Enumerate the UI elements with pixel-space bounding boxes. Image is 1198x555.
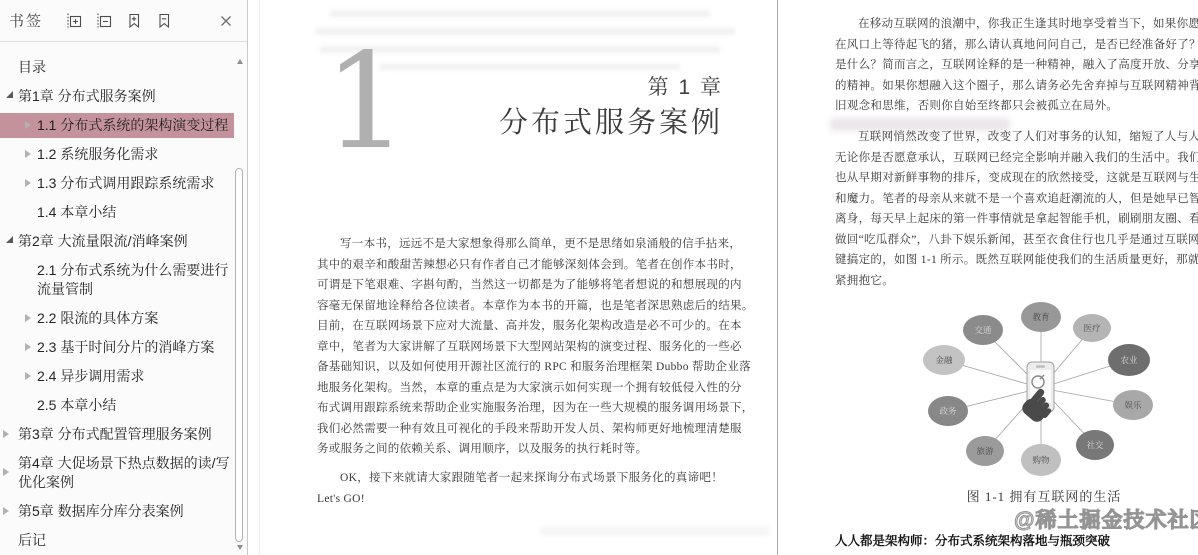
bookmarks-panel: 书签 <box>0 0 248 555</box>
table-of-contents: 目录 第1章 分布式服务案例 1.1 分布式系统的架构演变过程 1.2 系统服务… <box>0 42 234 555</box>
tree-expanded-icon[interactable] <box>6 236 13 243</box>
close-panel-icon[interactable] <box>215 10 237 32</box>
toc-item-2-1[interactable]: 2.1 分布式系统为什么需要进行流量管制 <box>0 258 234 302</box>
svg-text:医疗: 医疗 <box>1083 323 1101 333</box>
collapse-all-icon[interactable] <box>93 10 115 32</box>
toc-item-ch5[interactable]: 第5章 数据库分库分表案例 <box>0 499 234 524</box>
add-bookmark-icon[interactable] <box>123 10 145 32</box>
toc-item-ch4[interactable]: 第4章 大促场景下热点数据的读/写优化案例 <box>0 451 234 495</box>
sidebar-scrollbar[interactable] <box>234 42 247 555</box>
toc-item-houji[interactable]: 后记 <box>0 528 234 553</box>
toc-item-2-2[interactable]: 2.2 限流的具体方案 <box>0 306 234 331</box>
book-page-right: 在移动互联网的浪潮中，你我正生逢其时地享受着当下，如果你愿意做 在风口上等待起飞… <box>778 0 1198 555</box>
toc-item-1-4[interactable]: 1.4 本章小结 <box>0 200 234 225</box>
book-page-left: 1 第 1 章 分布式服务案例 写一本书，远远不是大家想象得那么简单，更不是思绪… <box>259 0 778 555</box>
toolbar-icon-group <box>63 10 175 32</box>
svg-text:金融: 金融 <box>935 355 953 365</box>
svg-text:政务: 政务 <box>939 406 957 416</box>
right-page-paragraph-2: 互联网悄然改变了世界，改变了人们对事务的认知，缩短了人与人之间 无论你是否愿意承… <box>835 127 1198 291</box>
book-footer-title: 人人都是架构师：分布式系统架构落地与瓶颈突破 <box>835 531 1110 549</box>
bookmarks-toolbar: 书签 <box>0 0 247 42</box>
svg-text:旅游: 旅游 <box>976 446 994 456</box>
expand-all-icon[interactable] <box>63 10 85 32</box>
tree-collapsed-icon[interactable] <box>25 343 31 351</box>
print-bleed-ghost <box>330 10 710 17</box>
print-bleed-ghost <box>380 64 680 70</box>
tree-collapsed-icon[interactable] <box>25 150 31 158</box>
toc-item-1-2[interactable]: 1.2 系统服务化需求 <box>0 142 234 167</box>
left-page-paragraph-1: 写一本书，远远不是大家想象得那么简单，更不是思绪如泉涌般的信手拈来， 其中的艰辛… <box>317 234 724 460</box>
toc-item-2-5[interactable]: 2.5 本章小结 <box>0 393 234 418</box>
left-page-paragraph-2: OK，接下来就请大家跟随笔者一起来探询分布式场景下服务化的真谛吧！ Let's … <box>317 468 724 509</box>
tree-expanded-icon[interactable] <box>6 91 13 98</box>
right-page-paragraph-1: 在移动互联网的浪潮中，你我正生逢其时地享受着当下，如果你愿意做 在风口上等待起飞… <box>835 14 1198 117</box>
panel-title: 书签 <box>9 10 43 31</box>
toc-item-1-3[interactable]: 1.3 分布式调用跟踪系统需求 <box>0 171 234 196</box>
chapter-label: 第 1 章 <box>260 71 723 101</box>
remove-bookmark-icon[interactable] <box>153 10 175 32</box>
toc-item-2-4[interactable]: 2.4 异步调用需求 <box>0 364 234 389</box>
toc-item-ch2[interactable]: 第2章 大流量限流/消峰案例 <box>0 229 234 254</box>
tree-collapsed-icon[interactable] <box>3 430 9 438</box>
toc-item-1-1[interactable]: 1.1 分布式系统的架构演变过程 <box>0 113 234 138</box>
tree-collapsed-icon[interactable] <box>25 314 31 322</box>
tree-collapsed-icon[interactable] <box>3 468 9 476</box>
svg-text:购物: 购物 <box>1032 455 1050 465</box>
svg-text:教育: 教育 <box>1032 312 1049 322</box>
svg-text:社交: 社交 <box>1086 440 1104 450</box>
watermark-text: @稀土掘金技术社区 <box>1014 504 1198 534</box>
figure-1-1-diagram: 教育 交通 医疗 金融 农业 政务 娱乐 旅游 社交 <box>890 296 1198 496</box>
toc-item-ch3[interactable]: 第3章 分布式配置管理服务案例 <box>0 422 234 447</box>
toc-item-2-3[interactable]: 2.3 基于时间分片的消峰方案 <box>0 335 234 360</box>
chapter-title: 分布式服务案例 <box>260 100 723 141</box>
scrollbar-thumb[interactable] <box>235 168 243 542</box>
toc-item-mulu[interactable]: 目录 <box>0 55 234 80</box>
svg-text:娱乐: 娱乐 <box>1124 400 1142 410</box>
tree-collapsed-icon[interactable] <box>25 179 31 187</box>
print-bleed-ghost <box>540 526 770 536</box>
scroll-up-icon[interactable] <box>237 59 243 64</box>
figure-caption: 图 1-1 拥有互联网的生活 <box>890 486 1198 505</box>
tree-collapsed-icon[interactable] <box>25 121 31 129</box>
svg-text:交通: 交通 <box>974 325 992 335</box>
tree-collapsed-icon[interactable] <box>3 507 9 515</box>
tree-collapsed-icon[interactable] <box>25 372 31 380</box>
pdf-reader-window: 书签 <box>0 0 1198 555</box>
svg-text:农业: 农业 <box>1120 355 1138 365</box>
toc-item-ch1[interactable]: 第1章 分布式服务案例 <box>0 84 234 109</box>
scroll-down-icon[interactable] <box>237 545 243 550</box>
